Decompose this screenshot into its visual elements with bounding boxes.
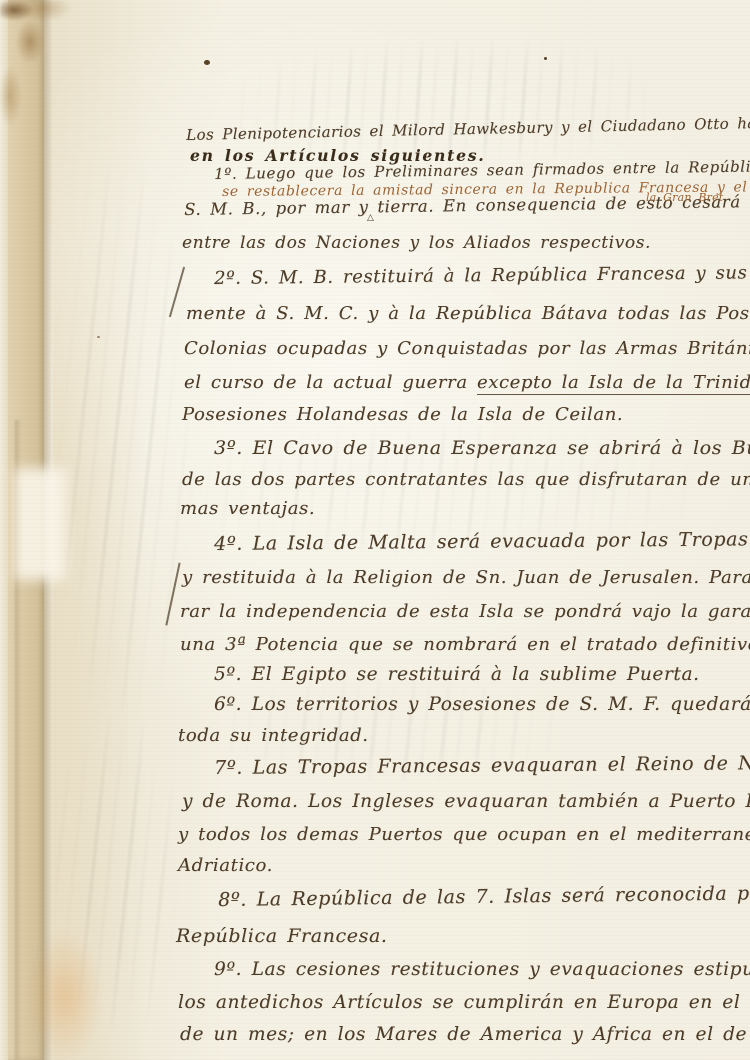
manuscript-line: República Francesa.: [176, 925, 388, 947]
margin-flourish-stroke: [165, 563, 180, 626]
manuscript-line: de las dos partes contratantes las que d…: [182, 469, 750, 490]
manuscript-line: y restituida à la Religion de Sn. Juan d…: [182, 567, 750, 588]
manuscript-line: Adriatico.: [178, 855, 273, 876]
paper-light-patch: [14, 468, 66, 580]
underlined-phrase: excepto la Isla de la Trinidad: [477, 372, 750, 395]
manuscript-line: Los Plenipotenciarios el Milord Hawkesbu…: [186, 112, 750, 144]
manuscript-line: mente à S. M. C. y à la República Bátava…: [186, 303, 750, 324]
manuscript-line: Posesiones Holandesas de la Isla de Ceil…: [182, 404, 623, 425]
manuscript-page: △ Los Plenipotenciarios el Milord Hawkes…: [0, 0, 750, 1060]
ink-speck: [97, 336, 100, 338]
ink-speck: [204, 60, 210, 65]
margin-flourish-stroke: [169, 267, 185, 318]
manuscript-line: una 3ª Potencia que se nombrará en el tr…: [180, 634, 750, 655]
manuscript-line: Colonias ocupadas y Conquistadas por las…: [184, 338, 750, 359]
manuscript-line-article-8: 8º. La República de las 7. Islas será re…: [218, 882, 750, 911]
manuscript-line: mas ventajas.: [180, 498, 315, 519]
manuscript-line: el curso de la actual guerra excepto la …: [184, 372, 750, 393]
manuscript-line: toda su integridad.: [178, 725, 369, 746]
manuscript-line: los antedichos Artículos se cumplirán en…: [178, 992, 750, 1013]
manuscript-line-article-5: 5º. El Egipto se restituirá à la sublime…: [214, 664, 700, 685]
manuscript-line: y de Roma. Los Ingleses evaquaran tambié…: [182, 791, 750, 812]
manuscript-line: rar la independencia de esta Isla se pon…: [180, 601, 750, 622]
manuscript-line-article-7: 7º. Las Tropas Francesas evaquaran el Re…: [214, 752, 750, 779]
superscript-insertion: la Gran Bret: [646, 191, 723, 204]
ink-speck: [544, 57, 547, 60]
paper-outer-edge: [0, 0, 8, 1060]
manuscript-line-article-9: 9º. Las cesiones restituciones y evaquac…: [214, 959, 750, 980]
corner-stain: [0, 0, 90, 150]
manuscript-line-article-6: 6º. Los territorios y Posesiones de S. M…: [214, 694, 750, 715]
manuscript-line-article-2: 2º. S. M. B. restituirá à la República F…: [214, 260, 750, 289]
paper-fold-band: [53, 0, 145, 1060]
bottom-stain: [28, 930, 102, 1060]
manuscript-line: entre las dos Naciones y los Aliados res…: [182, 233, 651, 253]
manuscript-line-article-4: 4º. La Isla de Malta será evacuada por l…: [214, 528, 750, 555]
line-segment: el curso de la actual guerra: [184, 372, 477, 393]
manuscript-line: y todos los demas Puertos que ocupan en …: [178, 824, 750, 845]
manuscript-line: de un mes; en los Mares de America y Afr…: [180, 1024, 747, 1045]
manuscript-line-article-3: 3º. El Cavo de Buena Esperanza se abrirá…: [214, 437, 750, 459]
